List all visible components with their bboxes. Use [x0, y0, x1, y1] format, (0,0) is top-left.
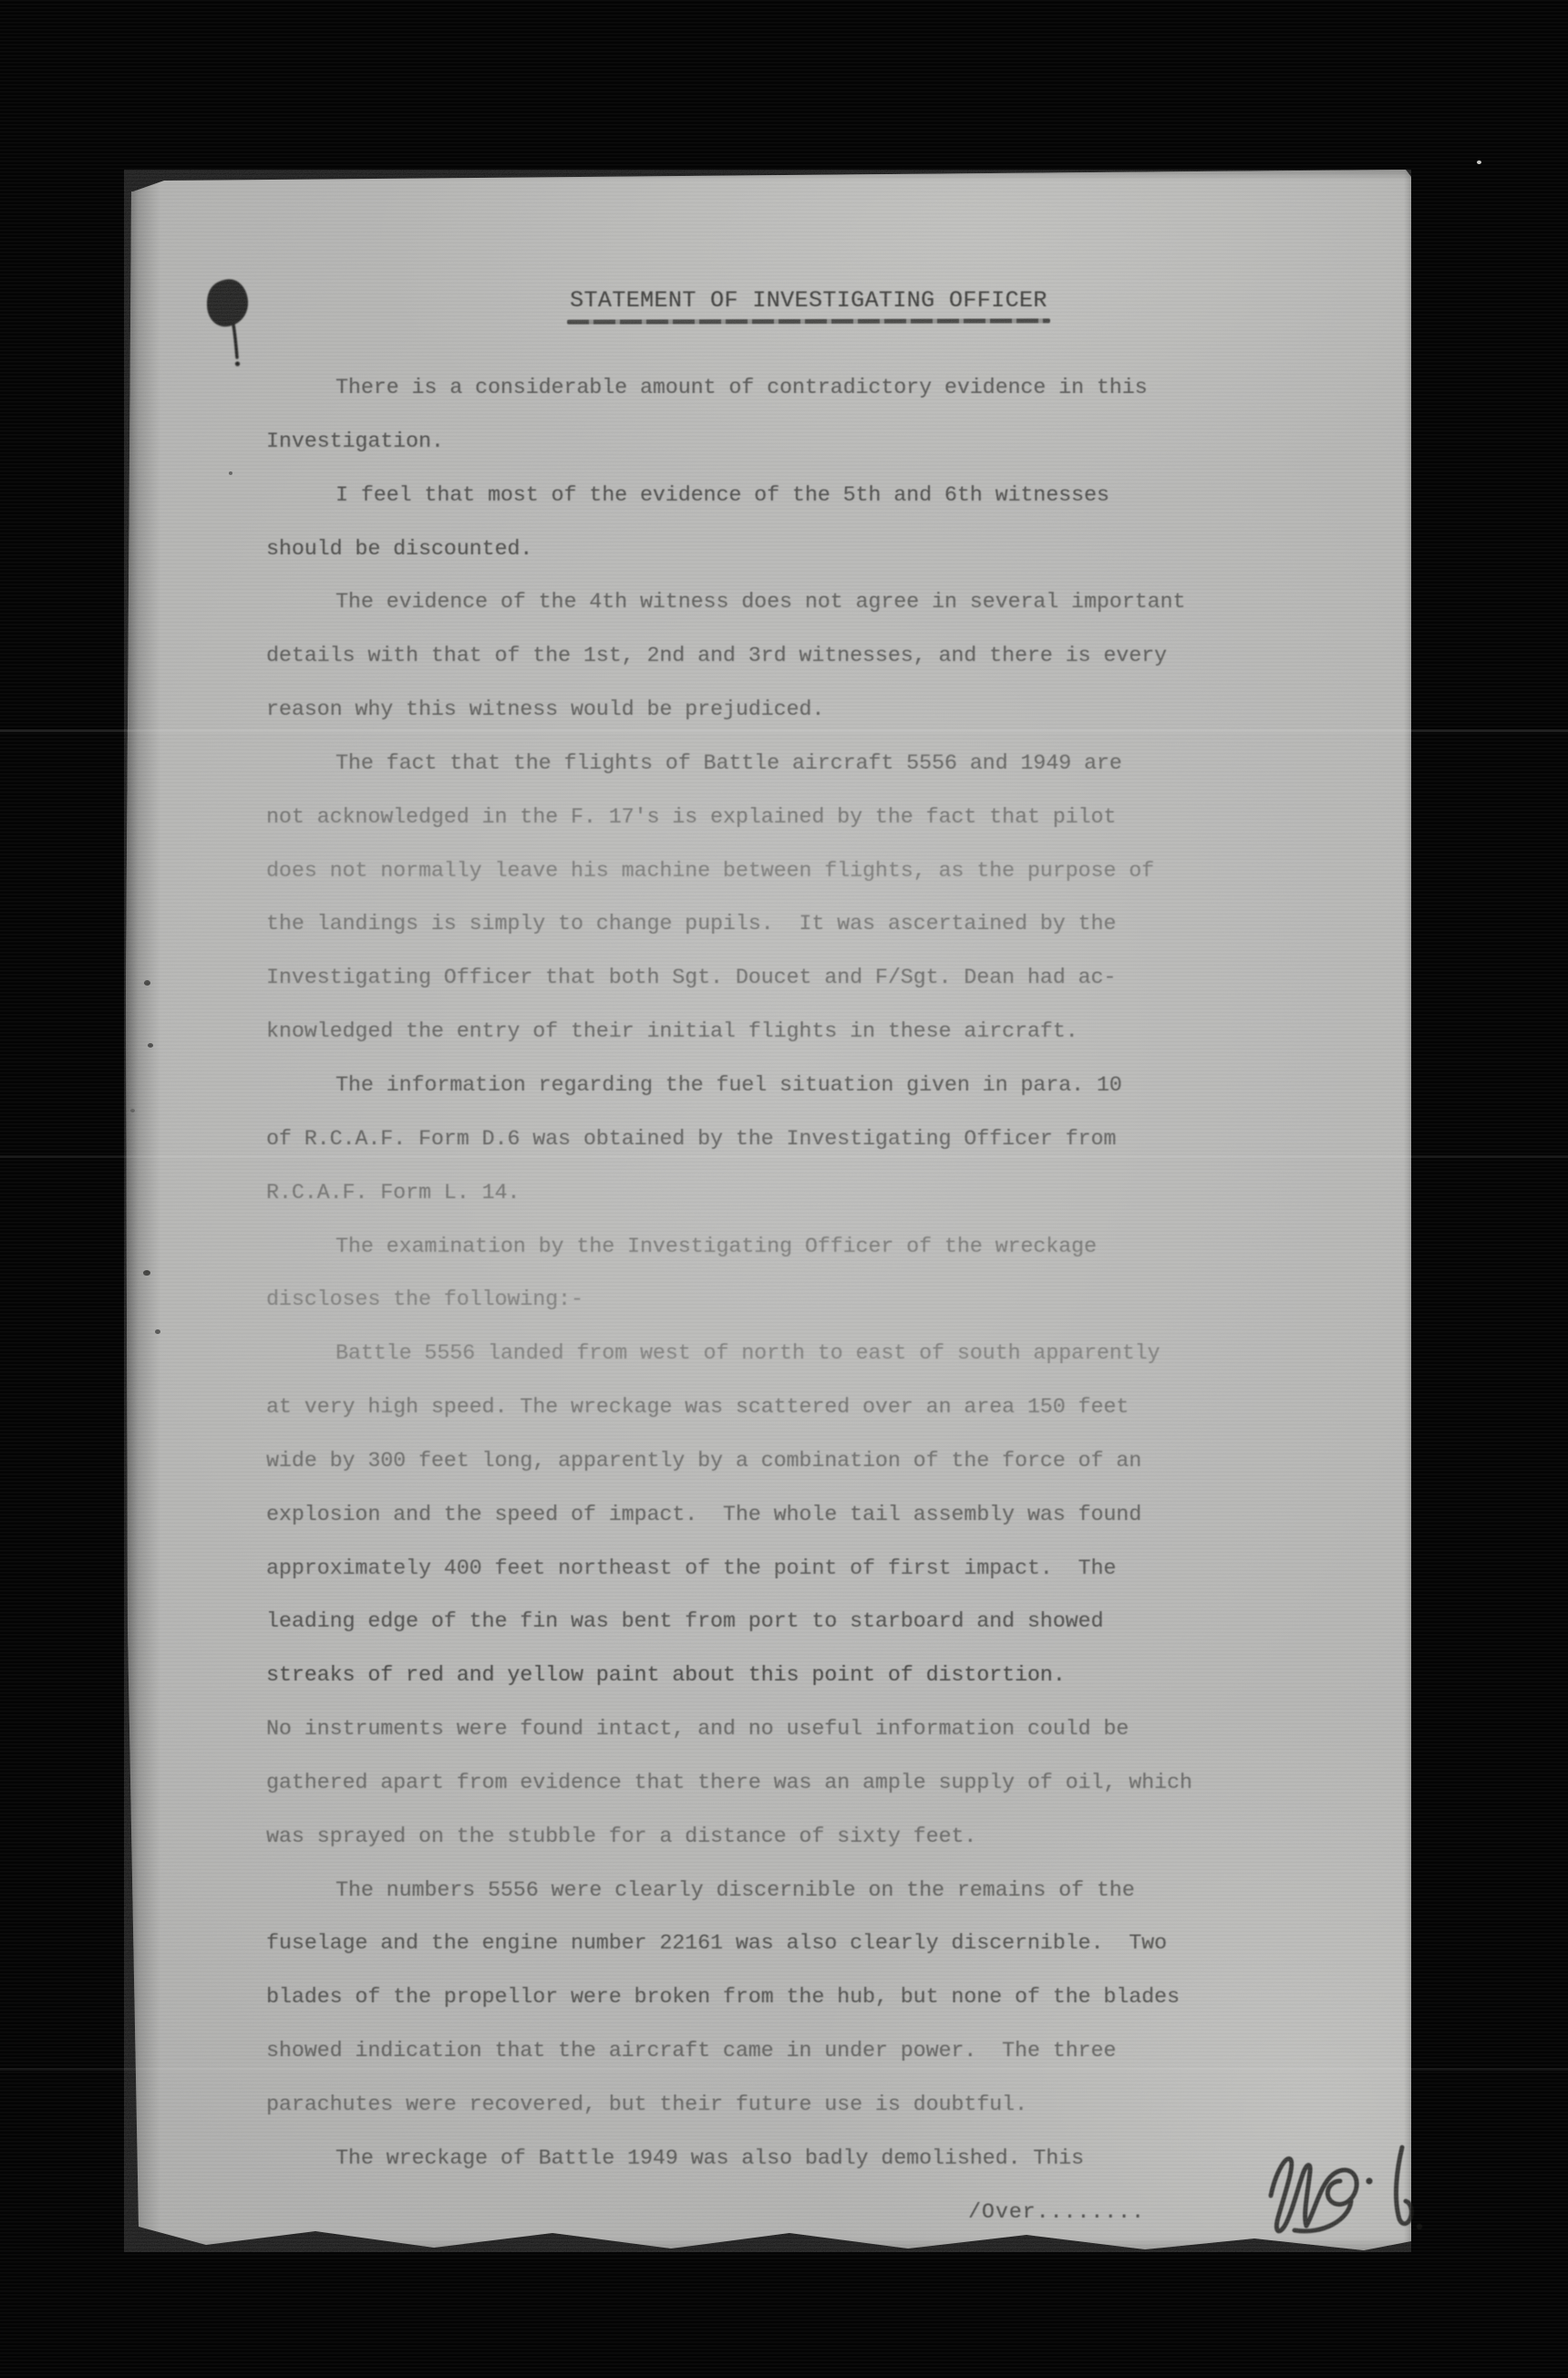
- text-line: reason why this witness would be prejudi…: [266, 683, 1315, 737]
- text-line: Investigation.: [266, 415, 1315, 469]
- text-line: The evidence of the 4th witness does not…: [266, 575, 1315, 629]
- text-line: explosion and the speed of impact. The w…: [266, 1488, 1315, 1542]
- text-line: at very high speed. The wreckage was sca…: [266, 1380, 1315, 1434]
- text-line: does not normally leave his machine betw…: [266, 844, 1315, 898]
- text-line: was sprayed on the stubble for a distanc…: [266, 1810, 1315, 1864]
- text-line: details with that of the 1st, 2nd and 3r…: [266, 629, 1315, 683]
- footer-over-note: /Over........: [266, 2186, 1315, 2239]
- text-line: There is a considerable amount of contra…: [266, 361, 1315, 415]
- text-line: The examination by the Investigating Off…: [266, 1220, 1315, 1274]
- text-line: R.C.A.F. Form L. 14.: [266, 1166, 1315, 1220]
- text-line: knowledged the entry of their initial fl…: [266, 1005, 1315, 1059]
- text-line: discloses the following:-: [266, 1273, 1315, 1327]
- text-line: streaks of red and yellow paint about th…: [266, 1649, 1315, 1702]
- text-line: The wreckage of Battle 1949 was also bad…: [266, 2132, 1315, 2186]
- text-line: the landings is simply to change pupils.…: [266, 897, 1315, 951]
- paper-sheet: STATEMENT OF INVESTIGATING OFFICER There…: [124, 170, 1411, 2252]
- text-line: The numbers 5556 were clearly discernibl…: [266, 1864, 1315, 1918]
- text-line: fuselage and the engine number 22161 was…: [266, 1917, 1315, 1970]
- title-underline: [567, 318, 1050, 324]
- text-line: leading edge of the fin was bent from po…: [266, 1595, 1315, 1649]
- text-line: wide by 300 feet long, apparently by a c…: [266, 1434, 1315, 1488]
- text-line: The information regarding the fuel situa…: [266, 1059, 1315, 1112]
- text-line: approximately 400 feet northeast of the …: [266, 1542, 1315, 1596]
- text-line: should be discounted.: [266, 522, 1315, 576]
- dust-speck: [1477, 160, 1481, 164]
- scanned-document-page: { "document": { "title": "STATEMENT OF I…: [0, 0, 1568, 2378]
- text-line: Battle 5556 landed from west of north to…: [266, 1327, 1315, 1380]
- text-line: I feel that most of the evidence of the …: [266, 469, 1315, 522]
- text-line: of R.C.A.F. Form D.6 was obtained by the…: [266, 1112, 1315, 1166]
- text-line: parachutes were recovered, but their fut…: [266, 2078, 1315, 2132]
- text-line: gathered apart from evidence that there …: [266, 1756, 1315, 1810]
- text-line: No instruments were found intact, and no…: [266, 1702, 1315, 1756]
- text-line: Investigating Officer that both Sgt. Dou…: [266, 951, 1315, 1005]
- text-line: showed indication that the aircraft came…: [266, 2024, 1315, 2078]
- text-line: not acknowledged in the F. 17's is expla…: [266, 791, 1315, 844]
- document-title: STATEMENT OF INVESTIGATING OFFICER: [570, 288, 1047, 314]
- text-line: The fact that the flights of Battle airc…: [266, 737, 1315, 791]
- text-line: blades of the propellor were broken from…: [266, 1970, 1315, 2024]
- text-block: There is a considerable amount of contra…: [266, 361, 1315, 2239]
